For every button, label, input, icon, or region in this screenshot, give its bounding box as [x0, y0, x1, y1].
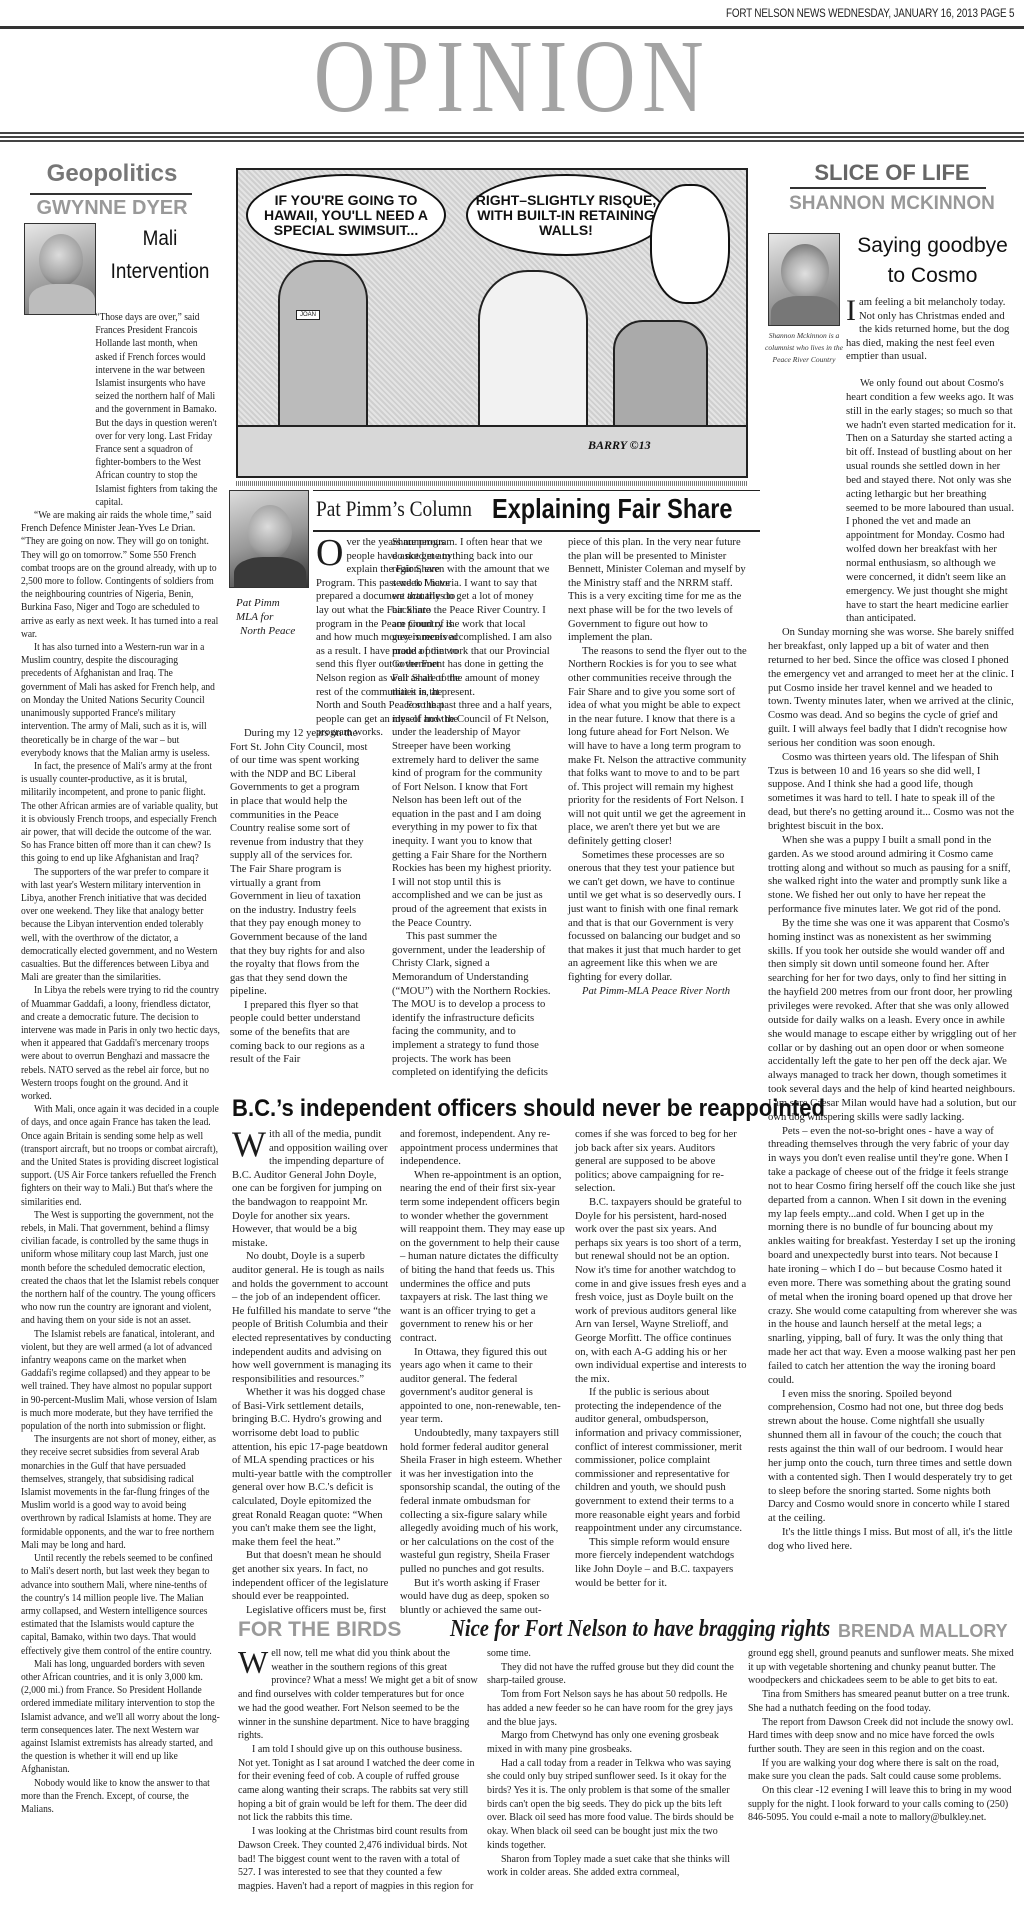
paragraph: Nobody would like to know the answer to …: [21, 1777, 220, 1817]
author-photo: [24, 223, 96, 315]
editorial-cartoon: IF YOU'RE GOING TO HAWAII, YOU'LL NEED A…: [236, 168, 748, 478]
birds-kicker: FOR THE BIRDS: [238, 1617, 401, 1643]
dropcap: W: [232, 1130, 269, 1158]
pimm-headline-rule: [313, 530, 760, 532]
masthead-rule-3: [0, 140, 1024, 142]
slice-kicker: SLICE OF LIFE: [760, 160, 1024, 186]
pimm-col1-continued: During my 12 years on the Fort St. John …: [230, 727, 370, 1067]
paragraph: When she was a puppy I built a small pon…: [768, 834, 1018, 917]
paragraph: “Those days are over,” said Frances Pres…: [21, 311, 220, 509]
masthead-rule-1: [0, 132, 1024, 134]
birds-author: BRENDA MALLORY: [838, 1619, 1008, 1643]
pimm-headline: Explaining Fair Share: [492, 492, 733, 526]
paragraph: We only found out about Cosmo's heart co…: [768, 377, 1018, 626]
slice-lead: I am feeling a bit melancholy today. Not…: [846, 296, 1018, 364]
editorial-col1: With all of the media, pundit and opposi…: [232, 1128, 392, 1617]
pimm-caption: Pat Pimm MLA for North Peace: [236, 596, 306, 638]
paragraph: Pets – even the not-so-bright ones - hav…: [768, 1125, 1018, 1388]
pimm-column-name: Pat Pimm’s Column: [316, 494, 472, 524]
dropcap: O: [316, 538, 346, 568]
section-title: OPINION: [92, 27, 932, 127]
paragraph: In fact, the presence of Mali's army at …: [21, 760, 220, 866]
paragraph: Cosmo was thirteen years old. The lifesp…: [768, 751, 1018, 834]
headline-line2: Intervention: [102, 258, 217, 286]
geopolitics-kicker: Geopolitics: [0, 160, 224, 188]
author-name: SHANNON MCKINNON: [760, 193, 1024, 215]
paragraph: The insurgents are not short of money, e…: [21, 1433, 220, 1552]
counter: [238, 425, 748, 478]
paragraph: With Mali, once again it was decided in …: [21, 1103, 220, 1209]
dropcap: I: [846, 298, 859, 324]
birds-headline: Nice for Fort Nelson to have bragging ri…: [450, 1614, 830, 1644]
editorial-col3: comes if she was forced to beg for her j…: [575, 1128, 747, 1590]
paragraph: It's the little things I miss. But most …: [768, 1526, 1018, 1554]
dropcap: W: [238, 1649, 271, 1675]
paragraph: It has also turned into a Western-run wa…: [21, 641, 220, 760]
paragraph: Until recently the rebels seemed to be c…: [21, 1552, 220, 1658]
editorial-headline: B.C.’s independent officers should never…: [232, 1094, 720, 1124]
paragraph: On Sunday morning she was worse. She bar…: [768, 626, 1018, 751]
paragraph: By the time she was one it was apparent …: [768, 917, 1018, 1125]
geopolitics-body: “Those days are over,” said Frances Pres…: [21, 311, 220, 1816]
editorial-col2: and foremost, independent. Any re-appoin…: [400, 1128, 565, 1617]
cartoon-bottom-rule: [236, 481, 748, 486]
photo-caption: Shannon Mckinnon is a columnist who live…: [764, 330, 844, 366]
author-photo: [768, 233, 840, 326]
paragraph: The West is supporting the government, n…: [21, 1209, 220, 1328]
birds-col3: ground egg shell, ground peanuts and sun…: [748, 1647, 1018, 1825]
pimm-photo: [229, 490, 309, 588]
headline-line2: to Cosmo: [845, 262, 1020, 290]
paragraph: In Libya the rebels were trying to rid t…: [21, 984, 220, 1103]
author-name: GWYNNE DYER: [0, 197, 224, 220]
paragraph: I even miss the snoring. Spoiled beyond …: [768, 1388, 1018, 1526]
speech-bubble-right: RIGHT–SLIGHTLY RISQUE, WITH BUILT-IN RET…: [466, 174, 666, 256]
pimm-signoff: Pat Pimm-MLA Peace River North: [568, 985, 748, 999]
headline-line1: Saying goodbye: [845, 232, 1020, 260]
paragraph: The supporters of the war prefer to comp…: [21, 866, 220, 985]
pimm-col3: piece of this plan. In the very near fut…: [568, 536, 748, 998]
headline-line1: Mali: [106, 225, 214, 253]
cartoon-signature: BARRY ©13: [588, 438, 651, 453]
birds-col2: some time. They did not have the ruffed …: [487, 1647, 739, 1880]
pimm-col2: Share program. I often hear that we do n…: [392, 536, 552, 1080]
paragraph: The Islamist rebels are fanatical, intol…: [21, 1328, 220, 1434]
pimm-top-rule: [313, 490, 760, 491]
paragraph: Mali has long, unguarded borders with se…: [21, 1658, 220, 1777]
masthead-rule-2: [0, 136, 1024, 138]
paragraph: “We are making air raids the whole time,…: [21, 509, 220, 641]
name-tag: JOAN: [296, 310, 320, 320]
page-folio: FORT NELSON NEWS WEDNESDAY, JANUARY 16, …: [726, 8, 1014, 20]
speech-bubble-left: IF YOU'RE GOING TO HAWAII, YOU'LL NEED A…: [246, 174, 446, 256]
birds-col1: Well now, tell me what did you think abo…: [238, 1647, 478, 1894]
kicker-underline: [30, 193, 192, 195]
kicker-underline: [790, 187, 986, 189]
thought-bubble: [650, 184, 730, 304]
slice-body: We only found out about Cosmo's heart co…: [768, 377, 1018, 1554]
